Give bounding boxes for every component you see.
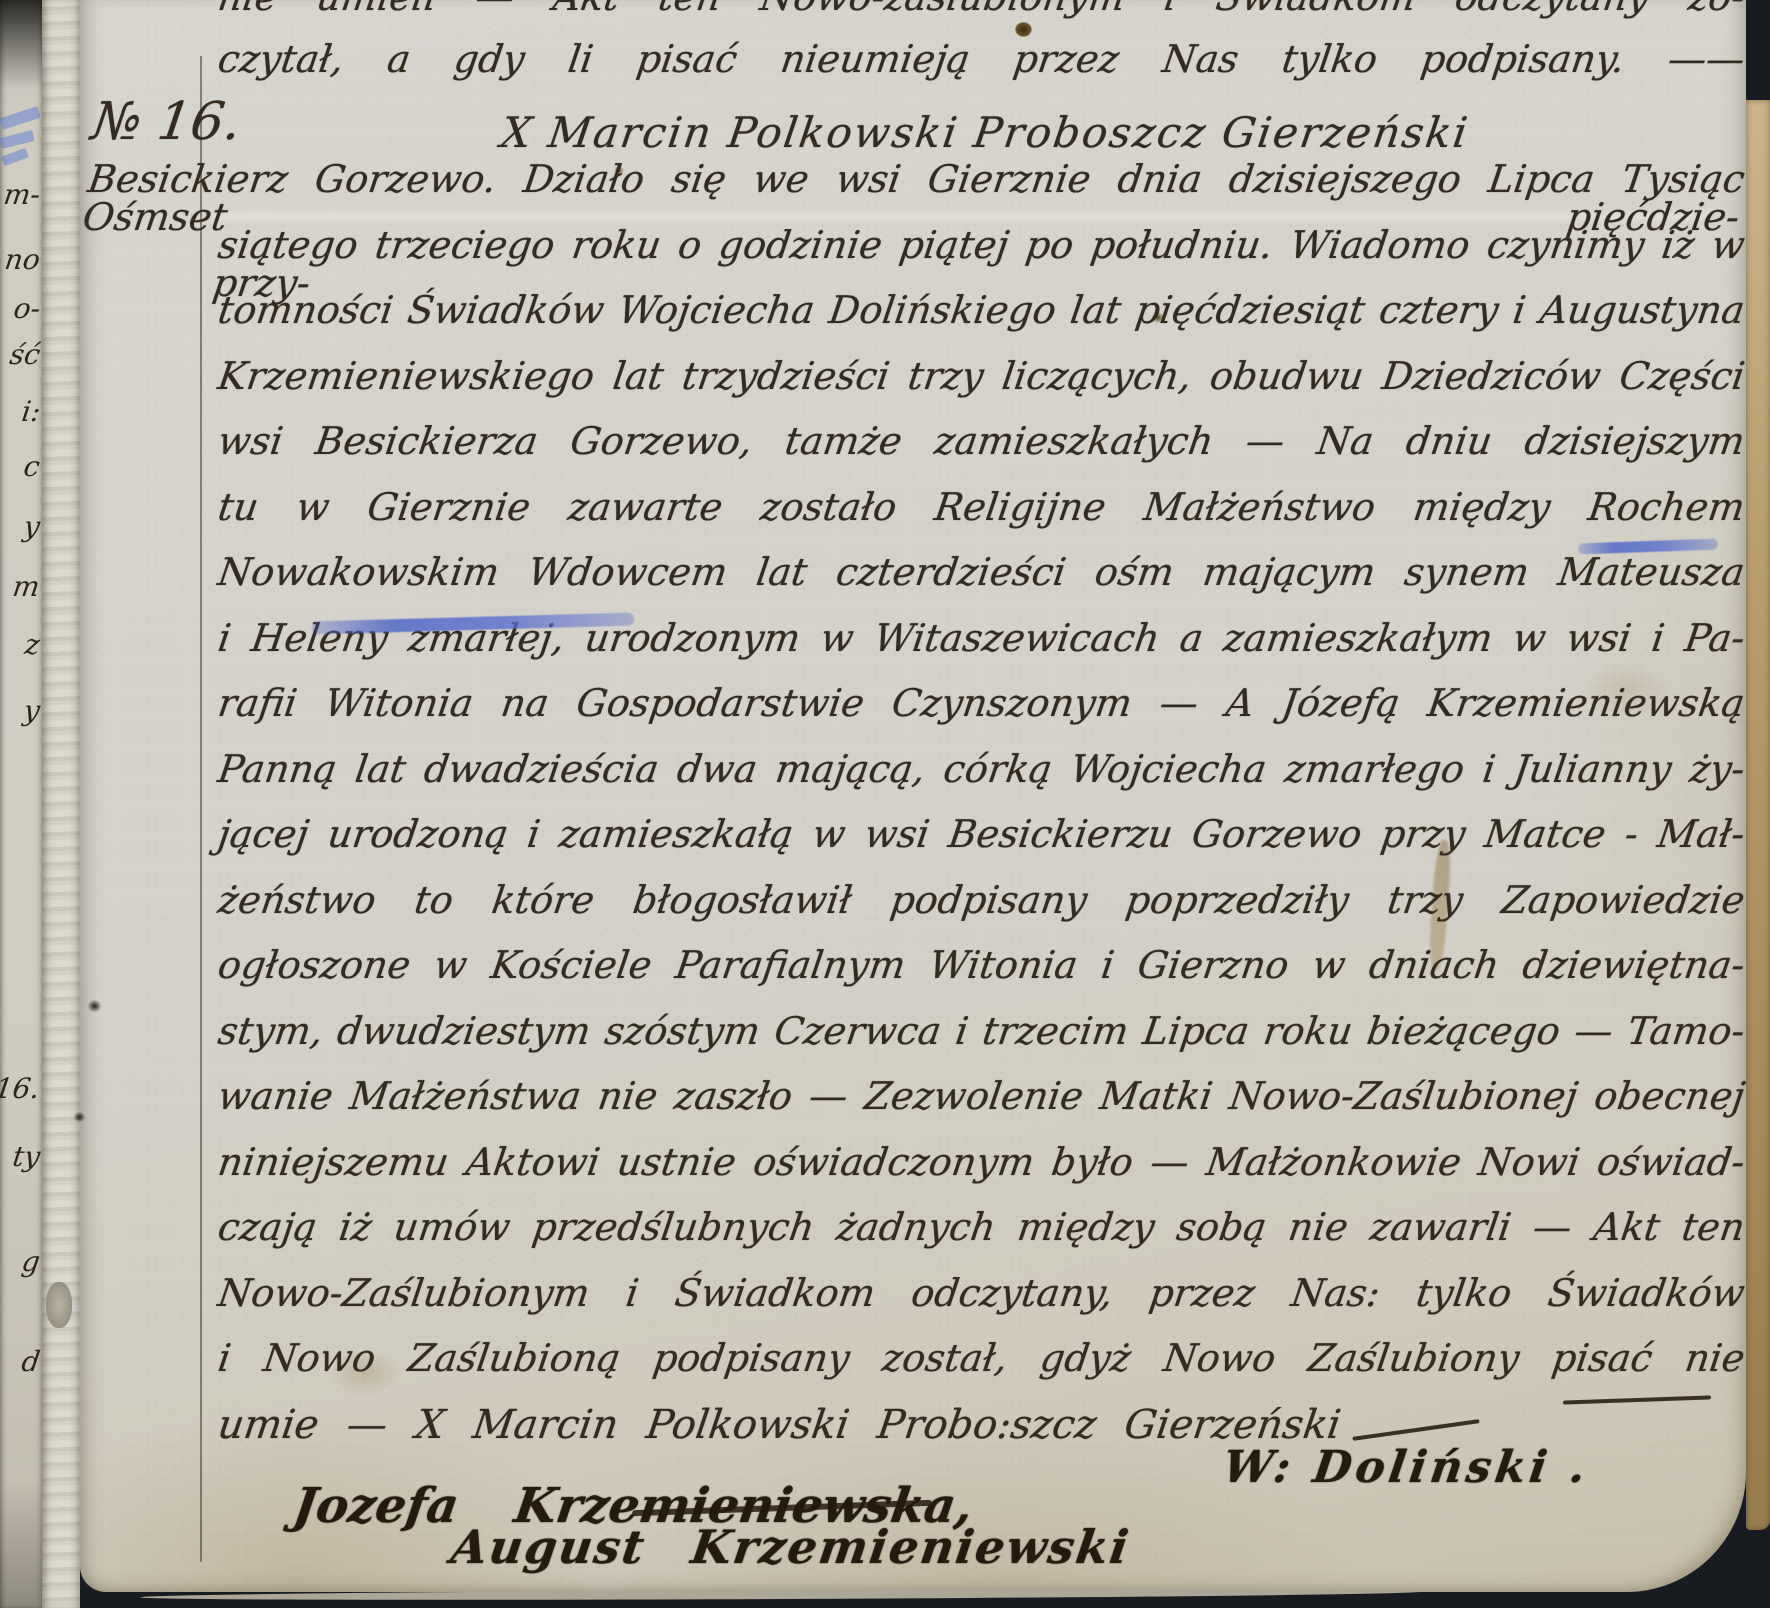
gutter-shadow [0, 0, 42, 90]
edge-text-fragment: i: [19, 395, 42, 428]
record-body-line: stym, dwudziestym szóstym Czerwca i trze… [215, 1012, 1747, 1056]
record-body-line: rafii Witonia na Gospodarstwie Czynszony… [215, 684, 1747, 728]
left-page-edge: m- no o- ść i: c y m z y 16. ty g d [0, 0, 42, 1608]
record-number: № 16. [88, 92, 245, 152]
record-body-line: Panną lat dwadzieścia dwa mającą, córką … [215, 750, 1747, 794]
edge-text-fragment: ść [8, 338, 43, 371]
record-body-line: tomności Świadków Wojciecha Dolińskiego … [215, 291, 1747, 335]
record-body-line: wanie Małżeństwa nie zaszło — Zezwolenie… [215, 1077, 1747, 1121]
record-body-line: niniejszemu Aktowi ustnie oświadczonym b… [215, 1143, 1747, 1187]
stain [1015, 22, 1032, 37]
signature-dolinski: W: Doliński . [1220, 1442, 1593, 1493]
edge-text-fragment: d [20, 1345, 43, 1378]
record-body-line: czają iż umów przedślubnych żadnych międ… [215, 1208, 1747, 1252]
record-body-line: Nowo-Zaślubionym i Świadkom odczytany, p… [215, 1274, 1747, 1318]
edge-text-fragment: z [23, 628, 42, 661]
record-body-line: tu w Gierznie zawarte zostało Religijne … [215, 488, 1747, 532]
stain [88, 1000, 101, 1012]
edge-text-fragment: o- [11, 292, 42, 325]
blue-watermark [0, 106, 41, 130]
binding-knot [46, 1282, 72, 1328]
edge-text-fragment: y [22, 694, 42, 727]
scanned-register-page: m- no o- ść i: c y m z y 16. ty g d n [0, 0, 1770, 1608]
ink-dash [1563, 1395, 1711, 1404]
record-body-line: wsi Besickierza Gorzewo, tamże zamieszka… [215, 422, 1747, 466]
record-body-line: siątego trzeciego roku o godzinie piątej… [215, 226, 1747, 270]
edge-text-fragment: m [11, 570, 42, 603]
previous-record-priest-signature: X Marcin Polkowski Proboszcz Gierzeński [498, 108, 1472, 157]
binding-strip [42, 0, 80, 1608]
edge-text-fragment: g [20, 1245, 43, 1278]
record-body-line: i Nowo Zaślubioną podpisany został, gdyż… [215, 1339, 1747, 1383]
record-body-line: ogłoszone w Kościele Parafialnym Witonia… [215, 946, 1747, 990]
edge-text-fragment: ty [11, 1140, 43, 1173]
book-edge-tan [1746, 100, 1770, 1530]
edge-text-fragment: no [3, 243, 43, 276]
blue-watermark [0, 130, 35, 149]
record-body-line: Besickierz Gorzewo. Działo się we wsi Gi… [85, 160, 1747, 204]
previous-record-partial-line: nie umieli — Akt ten Nowo-zaślubionym i … [215, 0, 1747, 22]
blue-watermark [1, 148, 29, 166]
margin-rule-line [200, 56, 202, 1562]
edge-text-fragment: c [22, 450, 42, 483]
edge-text-fragment: 16. [0, 1072, 42, 1105]
edge-text-fragment: y [22, 510, 42, 543]
record-body-line: żeństwo to które błogosławił podpisany p… [215, 881, 1747, 925]
record-body-line: Nowakowskim Wdowcem lat czterdzieści ośm… [215, 553, 1747, 597]
record-page: nie umieli — Akt ten Nowo-zaślubionym i … [80, 0, 1746, 1592]
signature-krzemieniewski: August Krzemieniewski [448, 1520, 1134, 1574]
record-body-line: jącej urodzoną i zamieszkałą w wsi Besic… [215, 815, 1747, 859]
previous-record-closing-line: czytał, a gdy li pisać nieumieją przez N… [215, 40, 1747, 84]
record-body-line: Krzemieniewskiego lat trzydzieści trzy l… [215, 357, 1747, 401]
edge-text-fragment: m- [2, 178, 43, 211]
